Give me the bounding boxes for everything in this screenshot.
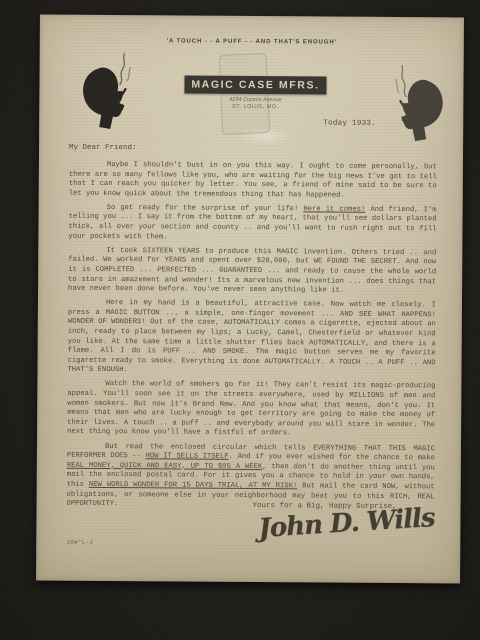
smoker-silhouette-right-icon: [384, 61, 451, 150]
letter-greeting: My Dear Friend:: [69, 144, 137, 152]
photo-background: 'A TOUCH - - A PUFF - - AND THAT'S ENOUG…: [0, 0, 480, 640]
paragraph: So get ready for the surprise of your li…: [68, 204, 436, 245]
paragraph: But read the enclosed circular which tel…: [67, 442, 435, 512]
paragraph: Here in my hand is a beautiful, attracti…: [67, 299, 436, 378]
paragraph: Maybe I shouldn't bust in on you this wa…: [69, 161, 437, 202]
letter-paper: 'A TOUCH - - A PUFF - - AND THAT'S ENOUG…: [36, 15, 464, 584]
paragraph: Watch the world of smokers go for it! Th…: [67, 380, 435, 440]
address-street: 4234 Cozens Avenue: [184, 97, 326, 104]
address-city: ST. LOUIS, MO.: [184, 104, 326, 111]
smoker-silhouette-left-icon: [75, 49, 142, 138]
typist-initials: JDW*L-J: [66, 539, 93, 546]
letter-date: Today 1933.: [323, 120, 376, 128]
letterhead-address: 4234 Cozens Avenue ST. LOUIS, MO.: [184, 97, 326, 111]
company-name-banner: MAGIC CASE MFRS.: [184, 76, 326, 95]
letterhead-tagline: 'A TOUCH - - A PUFF - - AND THAT'S ENOUG…: [40, 38, 464, 47]
paragraph: It took SIXTEEN YEARS to produce this MA…: [68, 246, 436, 297]
letter-body: Maybe I shouldn't bust in on you this wa…: [66, 161, 436, 517]
